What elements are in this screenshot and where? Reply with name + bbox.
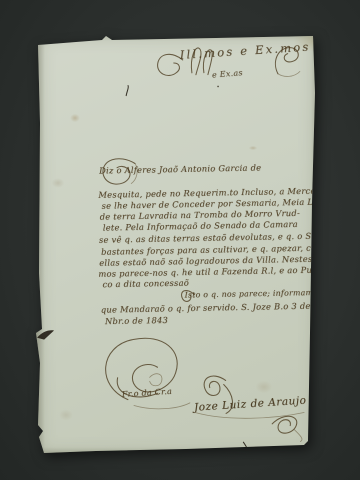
- handwriting-layer: Ill.mos e Ex.mos S. e Ex.as Diz o Alfere…: [33, 31, 320, 458]
- rubric-flourish: [105, 338, 190, 410]
- manuscript-paper-shadow: Ill.mos e Ex.mos S. e Ex.as Diz o Alfere…: [36, 33, 318, 457]
- photo-mat: Ill.mos e Ex.mos S. e Ex.as Diz o Alfere…: [0, 0, 360, 480]
- manuscript-paper: Ill.mos e Ex.mos S. e Ex.as Diz o Alfere…: [36, 33, 318, 457]
- closing-line: Isto o q. nos parece; informamos a V.Ex.: [185, 287, 354, 299]
- date-line: Nbr.o de 1843: [105, 316, 168, 326]
- manuscript-line: co a dita concessaõ: [102, 279, 189, 290]
